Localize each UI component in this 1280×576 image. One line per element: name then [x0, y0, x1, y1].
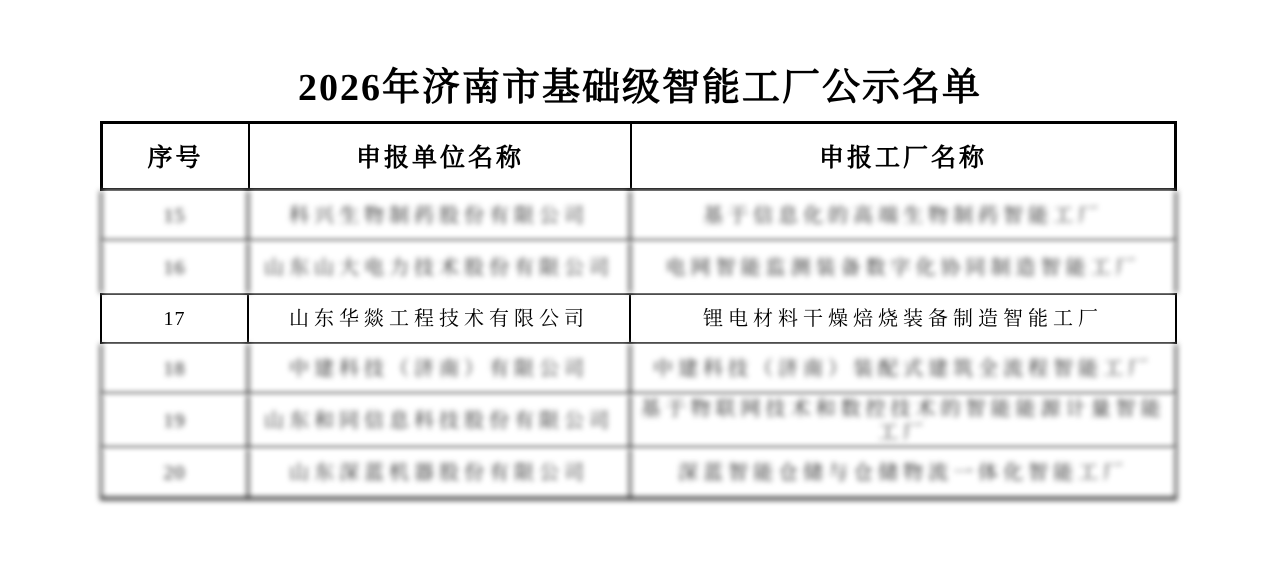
company-cell: 山东深蓝机器股份有限公司	[249, 449, 631, 497]
seq-cell: 15	[102, 191, 249, 240]
table-header-row: 序号 申报单位名称 申报工厂名称	[100, 121, 1177, 191]
factory-cell: 锂电材料干燥焙烧装备制造智能工厂	[631, 295, 1175, 342]
seq-cell: 20	[102, 449, 249, 497]
seq-cell: 16	[102, 242, 249, 293]
seq-cell: 18	[102, 344, 249, 393]
company-cell: 山东山大电力技术股份有限公司	[249, 242, 631, 293]
table-row-20: 20 山东深蓝机器股份有限公司 深蓝智能仓储与仓储物流一体化智能工厂	[100, 449, 1177, 500]
document-title: 2026年济南市基础级智能工厂公示名单	[0, 56, 1280, 111]
table-row-17: 17 山东华燚工程技术有限公司 锂电材料干燥焙烧装备制造智能工厂	[100, 293, 1177, 344]
factory-cell: 基于信息化的高端生物制药智能工厂	[631, 191, 1175, 240]
header-company: 申报单位名称	[250, 124, 632, 188]
company-cell: 科兴生物制药股份有限公司	[249, 191, 631, 240]
factory-cell: 中建科技（济南）装配式建筑全流程智能工厂	[631, 344, 1175, 393]
company-cell: 山东和同信息科技股份有限公司	[249, 395, 631, 447]
factory-cell: 电网智能监测装备数字化协同制造智能工厂	[631, 242, 1175, 293]
factory-table: 序号 申报单位名称 申报工厂名称 15 科兴生物制药股份有限公司 基于信息化的高…	[100, 121, 1177, 500]
table-row-15: 15 科兴生物制药股份有限公司 基于信息化的高端生物制药智能工厂	[100, 191, 1177, 242]
seq-cell: 19	[102, 395, 249, 447]
table-row-19: 19 山东和同信息科技股份有限公司 基于物联网技术和数控技术的智能能源计量智能工…	[100, 395, 1177, 449]
company-cell: 山东华燚工程技术有限公司	[249, 295, 631, 342]
factory-cell: 基于物联网技术和数控技术的智能能源计量智能工厂	[631, 395, 1175, 447]
header-factory: 申报工厂名称	[632, 124, 1174, 188]
table-row-18: 18 中建科技（济南）有限公司 中建科技（济南）装配式建筑全流程智能工厂	[100, 344, 1177, 395]
seq-cell: 17	[102, 295, 249, 342]
table-row-16: 16 山东山大电力技术股份有限公司 电网智能监测装备数字化协同制造智能工厂	[100, 242, 1177, 293]
company-cell: 中建科技（济南）有限公司	[249, 344, 631, 393]
factory-cell: 深蓝智能仓储与仓储物流一体化智能工厂	[631, 449, 1175, 497]
header-seq: 序号	[103, 124, 250, 188]
